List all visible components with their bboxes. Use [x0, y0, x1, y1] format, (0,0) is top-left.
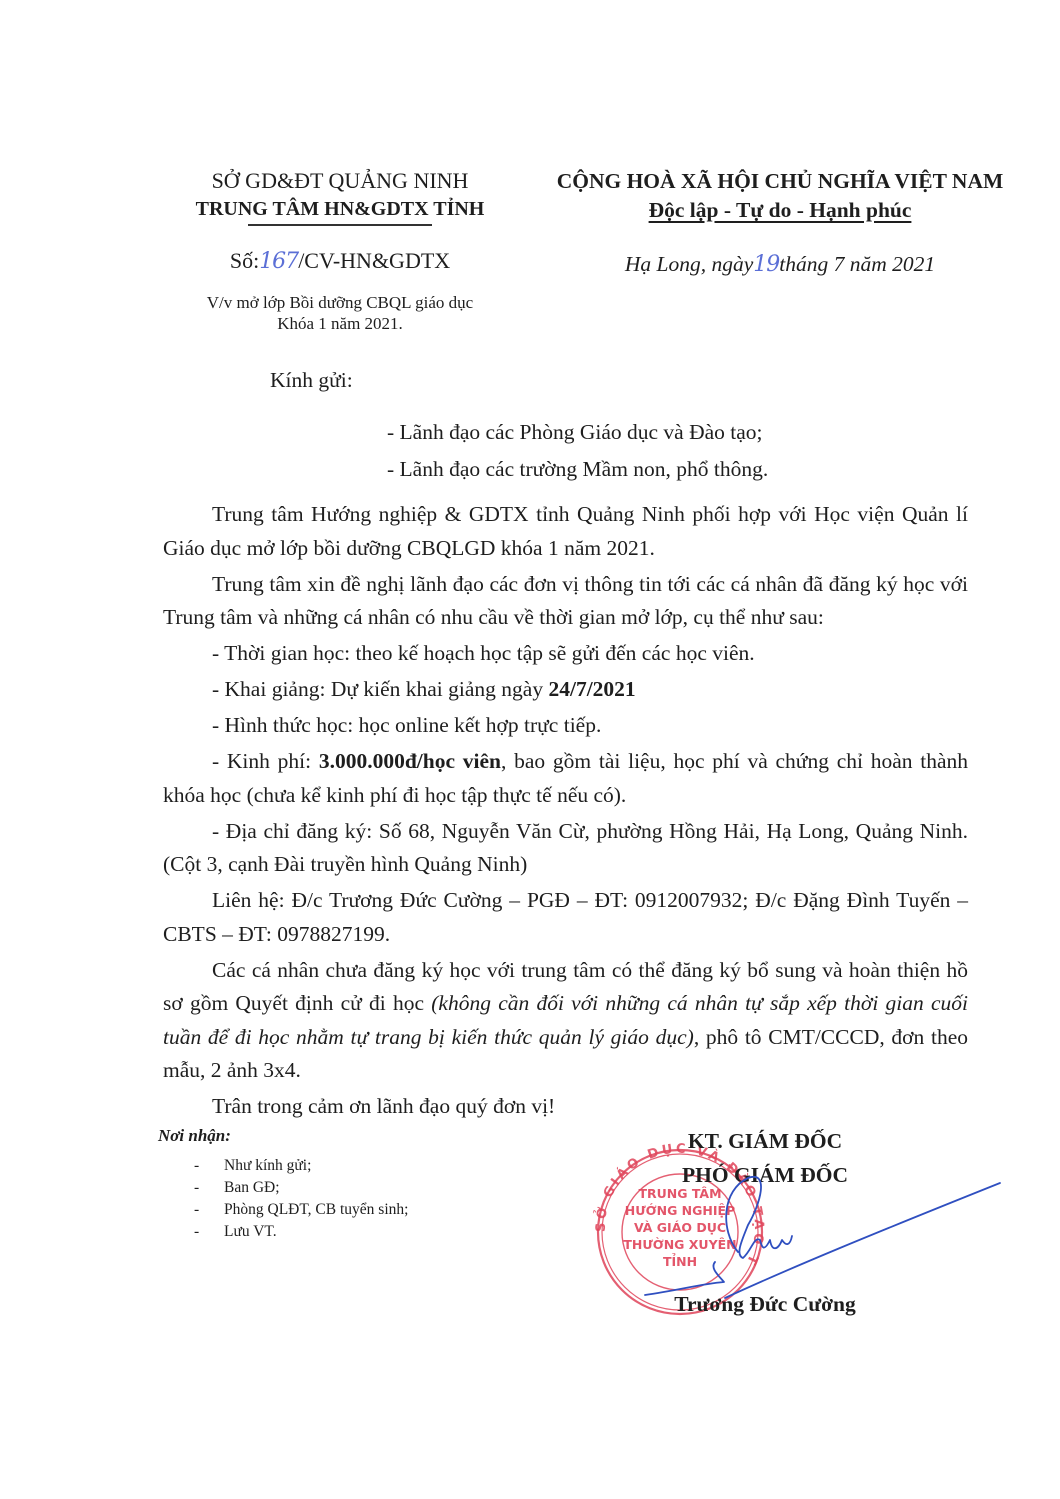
opening-label: - Khai giảng: Dự kiến khai giảng ngày	[212, 677, 548, 701]
organization-name: TRUNG TÂM HN&GDTX TỈNH	[140, 196, 540, 222]
opening-date: 24/7/2021	[548, 677, 635, 701]
fee-label: - Kinh phí:	[212, 749, 319, 773]
paragraph-fee: - Kinh phí: 3.000.000đ/học viên, bao gồm…	[163, 745, 968, 812]
paragraph-opening: - Khai giảng: Dự kiến khai giảng ngày 24…	[163, 673, 968, 707]
paragraph-intro: Trung tâm Hướng nghiệp & GDTX tỉnh Quảng…	[163, 498, 968, 565]
distribution-item: Phòng QLĐT, CB tuyển sinh;	[190, 1199, 408, 1221]
distribution-list: Như kính gửi; Ban GĐ; Phòng QLĐT, CB tuy…	[190, 1155, 408, 1243]
paragraph-address: - Địa chỉ đăng ký: Số 68, Nguyễn Văn Cừ,…	[163, 815, 968, 882]
doc-number-handwritten: 167	[259, 249, 298, 274]
signer-name: Trương Đức Cường	[600, 1292, 930, 1317]
paragraph-request: Trung tâm xin đề nghị lãnh đạo các đơn v…	[163, 568, 968, 635]
subject-line-2: Khóa 1 năm 2021.	[140, 313, 540, 334]
signature-block: KT. GIÁM ĐỐC PHÓ GIÁM ĐỐC	[600, 1124, 930, 1192]
recipient-item: - Lãnh đạo các trường Mầm non, phổ thông…	[387, 451, 768, 488]
department-name: SỞ GD&ĐT QUẢNG NINH	[140, 166, 540, 196]
svg-text:TỈNH: TỈNH	[663, 1253, 697, 1269]
document-subject: V/v mở lớp Bồi dưỡng CBQL giáo dục Khóa …	[140, 292, 540, 334]
svg-text:THƯỜNG XUYÊN: THƯỜNG XUYÊN	[623, 1237, 736, 1252]
distribution-item: Ban GĐ;	[190, 1177, 408, 1199]
national-header: CỘNG HOÀ XÃ HỘI CHỦ NGHĨA VIỆT NAM Độc l…	[528, 166, 1032, 224]
subject-line-1: V/v mở lớp Bồi dưỡng CBQL giáo dục	[140, 292, 540, 313]
doc-number-suffix: /CV-HN&GDTX	[298, 248, 450, 273]
date-prefix: Hạ Long, ngày	[625, 252, 753, 276]
svg-text:VÀ GIÁO DỤC: VÀ GIÁO DỤC	[634, 1220, 726, 1235]
svg-text:HƯỚNG NGHIỆP: HƯỚNG NGHIỆP	[625, 1203, 735, 1218]
header-divider	[248, 224, 432, 226]
paragraph-contact: Liên hệ: Đ/c Trương Đức Cường – PGĐ – ĐT…	[163, 884, 968, 951]
distribution-item: Lưu VT.	[190, 1221, 408, 1243]
signature-title-2: PHÓ GIÁM ĐỐC	[600, 1158, 930, 1192]
issue-date: Hạ Long, ngày19tháng 7 năm 2021	[528, 252, 1032, 277]
paragraph-format: - Hình thức học: học online kết hợp trực…	[163, 709, 968, 743]
paragraph-closing: Trân trong cảm ơn lãnh đạo quý đơn vị!	[163, 1090, 968, 1124]
date-day-handwritten: 19	[753, 252, 779, 277]
paragraph-schedule: - Thời gian học: theo kế hoạch học tập s…	[163, 637, 968, 671]
recipient-list: - Lãnh đạo các Phòng Giáo dục và Đào tạo…	[387, 414, 768, 488]
issuing-authority: SỞ GD&ĐT QUẢNG NINH TRUNG TÂM HN&GDTX TỈ…	[140, 166, 540, 226]
recipient-item: - Lãnh đạo các Phòng Giáo dục và Đào tạo…	[387, 414, 768, 451]
document-number: Số:167/CV-HN&GDTX	[140, 248, 540, 274]
fee-amount: 3.000.000đ/học viên	[319, 749, 501, 773]
nation-title: CỘNG HOÀ XÃ HỘI CHỦ NGHĨA VIỆT NAM	[528, 166, 1032, 196]
paragraph-registration: Các cá nhân chưa đăng ký học với trung t…	[163, 954, 968, 1088]
salutation: Kính gửi:	[270, 368, 353, 393]
date-suffix: tháng 7 năm 2021	[779, 252, 935, 276]
national-motto: Độc lập - Tự do - Hạnh phúc	[528, 196, 1032, 224]
distribution-item: Như kính gửi;	[190, 1155, 408, 1177]
signature-title-1: KT. GIÁM ĐỐC	[600, 1124, 930, 1158]
letter-body: Trung tâm Hướng nghiệp & GDTX tỉnh Quảng…	[163, 498, 968, 1124]
doc-number-prefix: Số:	[230, 248, 259, 273]
distribution-title: Nơi nhận:	[158, 1126, 231, 1146]
